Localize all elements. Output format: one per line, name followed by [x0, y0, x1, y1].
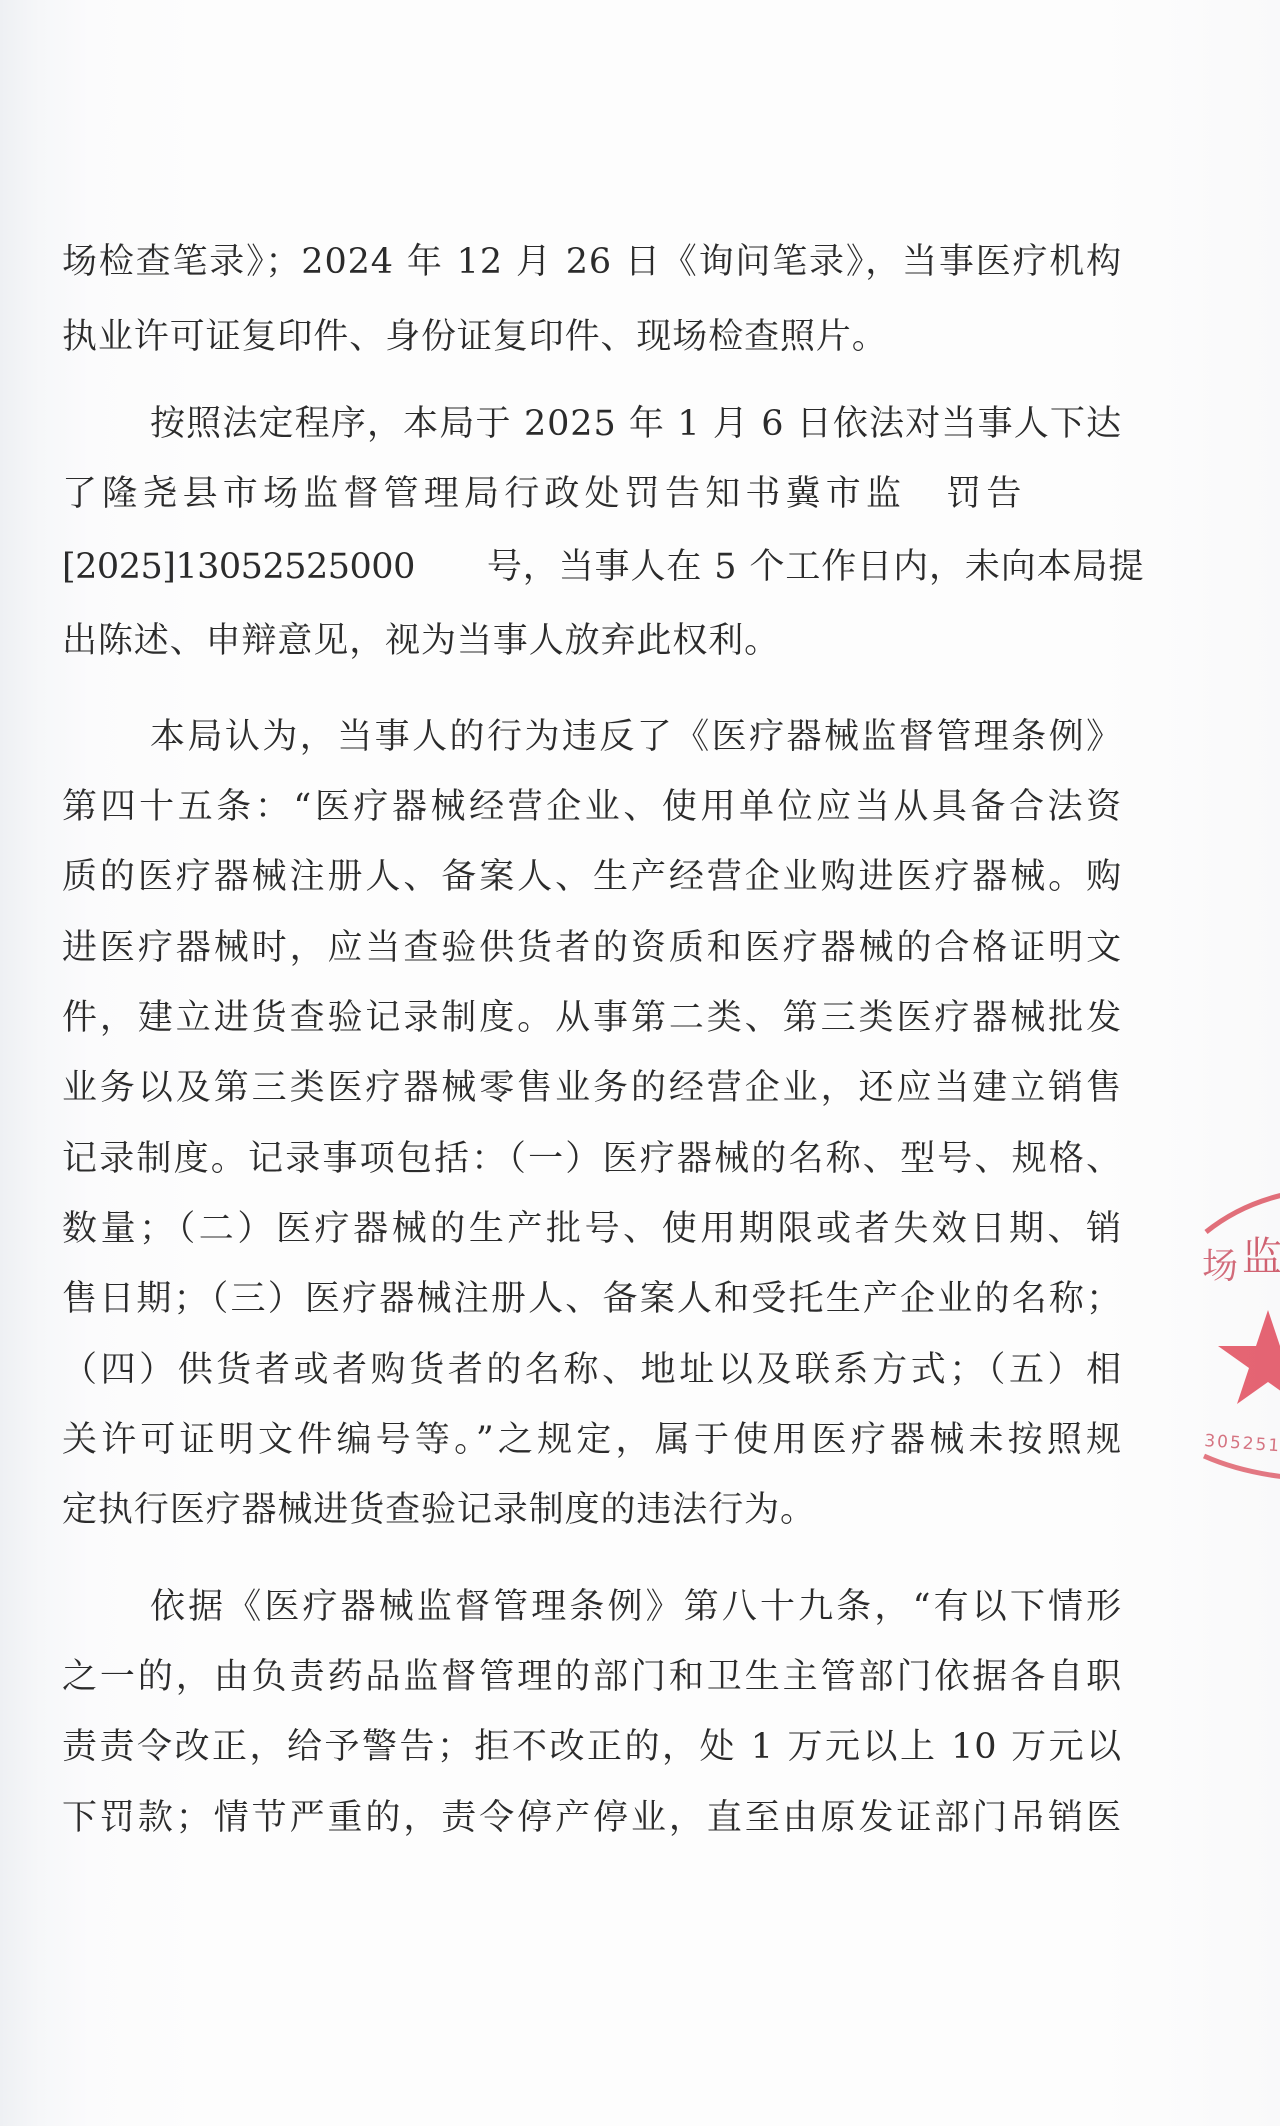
paragraph-notice-line-2: 了隆尧县市场监督管理局行政处罚告知书冀市监罚告	[62, 470, 1122, 518]
paragraph-finding-line-2: 第四十五条：“医疗器械经营企业、使用单位应当从具备合法资	[62, 783, 1122, 831]
seal-char-1: 场	[1202, 1246, 1238, 1287]
paragraph-penalty-line-4: 下罚款；情节严重的，责令停产停业，直至由原发证部门吊销医	[62, 1794, 1122, 1842]
paragraph-finding-line-10: （四）供货者或者购货者的名称、地址以及联系方式；（五）相	[62, 1346, 1122, 1394]
paragraph-penalty-line-2: 之一的，由负责药品监督管理的部门和卫生主管部门依据各自职	[62, 1653, 1122, 1701]
seal-star-icon	[1218, 1310, 1280, 1404]
seal-ring-top-icon	[1206, 1188, 1280, 1232]
seal-char-2: 监	[1242, 1234, 1280, 1280]
paragraph-finding-line-7: 记录制度。记录事项包括：（一）医疗器械的名称、型号、规格、	[62, 1135, 1122, 1183]
notice-doc-number: [2025]13052525000	[62, 547, 415, 587]
paragraph-finding-line-1: 本局认为，当事人的行为违反了《医疗器械监督管理条例》	[150, 713, 1122, 761]
paragraph-finding-line-12: 定执行医疗器械进货查验记录制度的违法行为。	[62, 1486, 1122, 1534]
paragraph-evidence-line-2: 执业许可证复印件、身份证复印件、现场检查照片。	[62, 313, 1122, 361]
seal-code: 305251	[1204, 1431, 1280, 1456]
paragraph-penalty-line-1: 依据《医疗器械监督管理条例》第八十九条，“有以下情形	[150, 1583, 1122, 1631]
document-page: 场检查笔录》；2024 年 12 月 26 日《询问笔录》，当事医疗机构 执业许…	[0, 0, 1280, 2126]
paragraph-finding-line-4: 进医疗器械时，应当查验供货者的资质和医疗器械的合格证明文	[62, 924, 1122, 972]
seal-ring-bottom-icon	[1204, 1456, 1280, 1480]
paragraph-finding-line-5: 件，建立进货查验记录制度。从事第二类、第三类医疗器械批发	[62, 994, 1122, 1042]
notice-line-2-text: 了隆尧县市场监督管理局行政处罚告知书冀市监	[62, 474, 906, 514]
paragraph-evidence-line-1: 场检查笔录》；2024 年 12 月 26 日《询问笔录》，当事医疗机构	[62, 238, 1122, 286]
redacted-region	[906, 477, 946, 515]
paragraph-finding-line-8: 数量；（二）医疗器械的生产批号、使用期限或者失效日期、销	[62, 1205, 1122, 1253]
paragraph-notice-line-3: [2025]13052525000号，当事人在 5 个工作日内，未向本局提	[62, 543, 1122, 591]
notice-line-3-tail: 号，当事人在 5 个工作日内，未向本局提	[487, 547, 1145, 587]
paragraph-finding-line-11: 关许可证明文件编号等。”之规定，属于使用医疗器械未按照规	[62, 1416, 1122, 1464]
paragraph-finding-line-6: 业务以及第三类医疗器械零售业务的经营企业，还应当建立销售	[62, 1064, 1122, 1112]
redacted-region	[415, 550, 487, 588]
paragraph-notice-line-1: 按照法定程序，本局于 2025 年 1 月 6 日依法对当事人下达	[150, 400, 1122, 448]
paragraph-penalty-line-3: 责责令改正，给予警告；拒不改正的，处 1 万元以上 10 万元以	[62, 1723, 1122, 1771]
paragraph-notice-line-4: 出陈述、申辩意见，视为当事人放弃此权利。	[62, 617, 1122, 665]
paragraph-finding-line-9: 售日期；（三）医疗器械注册人、备案人和受托生产企业的名称；	[62, 1275, 1122, 1323]
official-seal: 场 监 305251	[1198, 1150, 1280, 1480]
notice-line-2-tail: 罚告	[946, 474, 1026, 514]
paragraph-finding-line-3: 质的医疗器械注册人、备案人、生产经营企业购进医疗器械。购	[62, 853, 1122, 901]
